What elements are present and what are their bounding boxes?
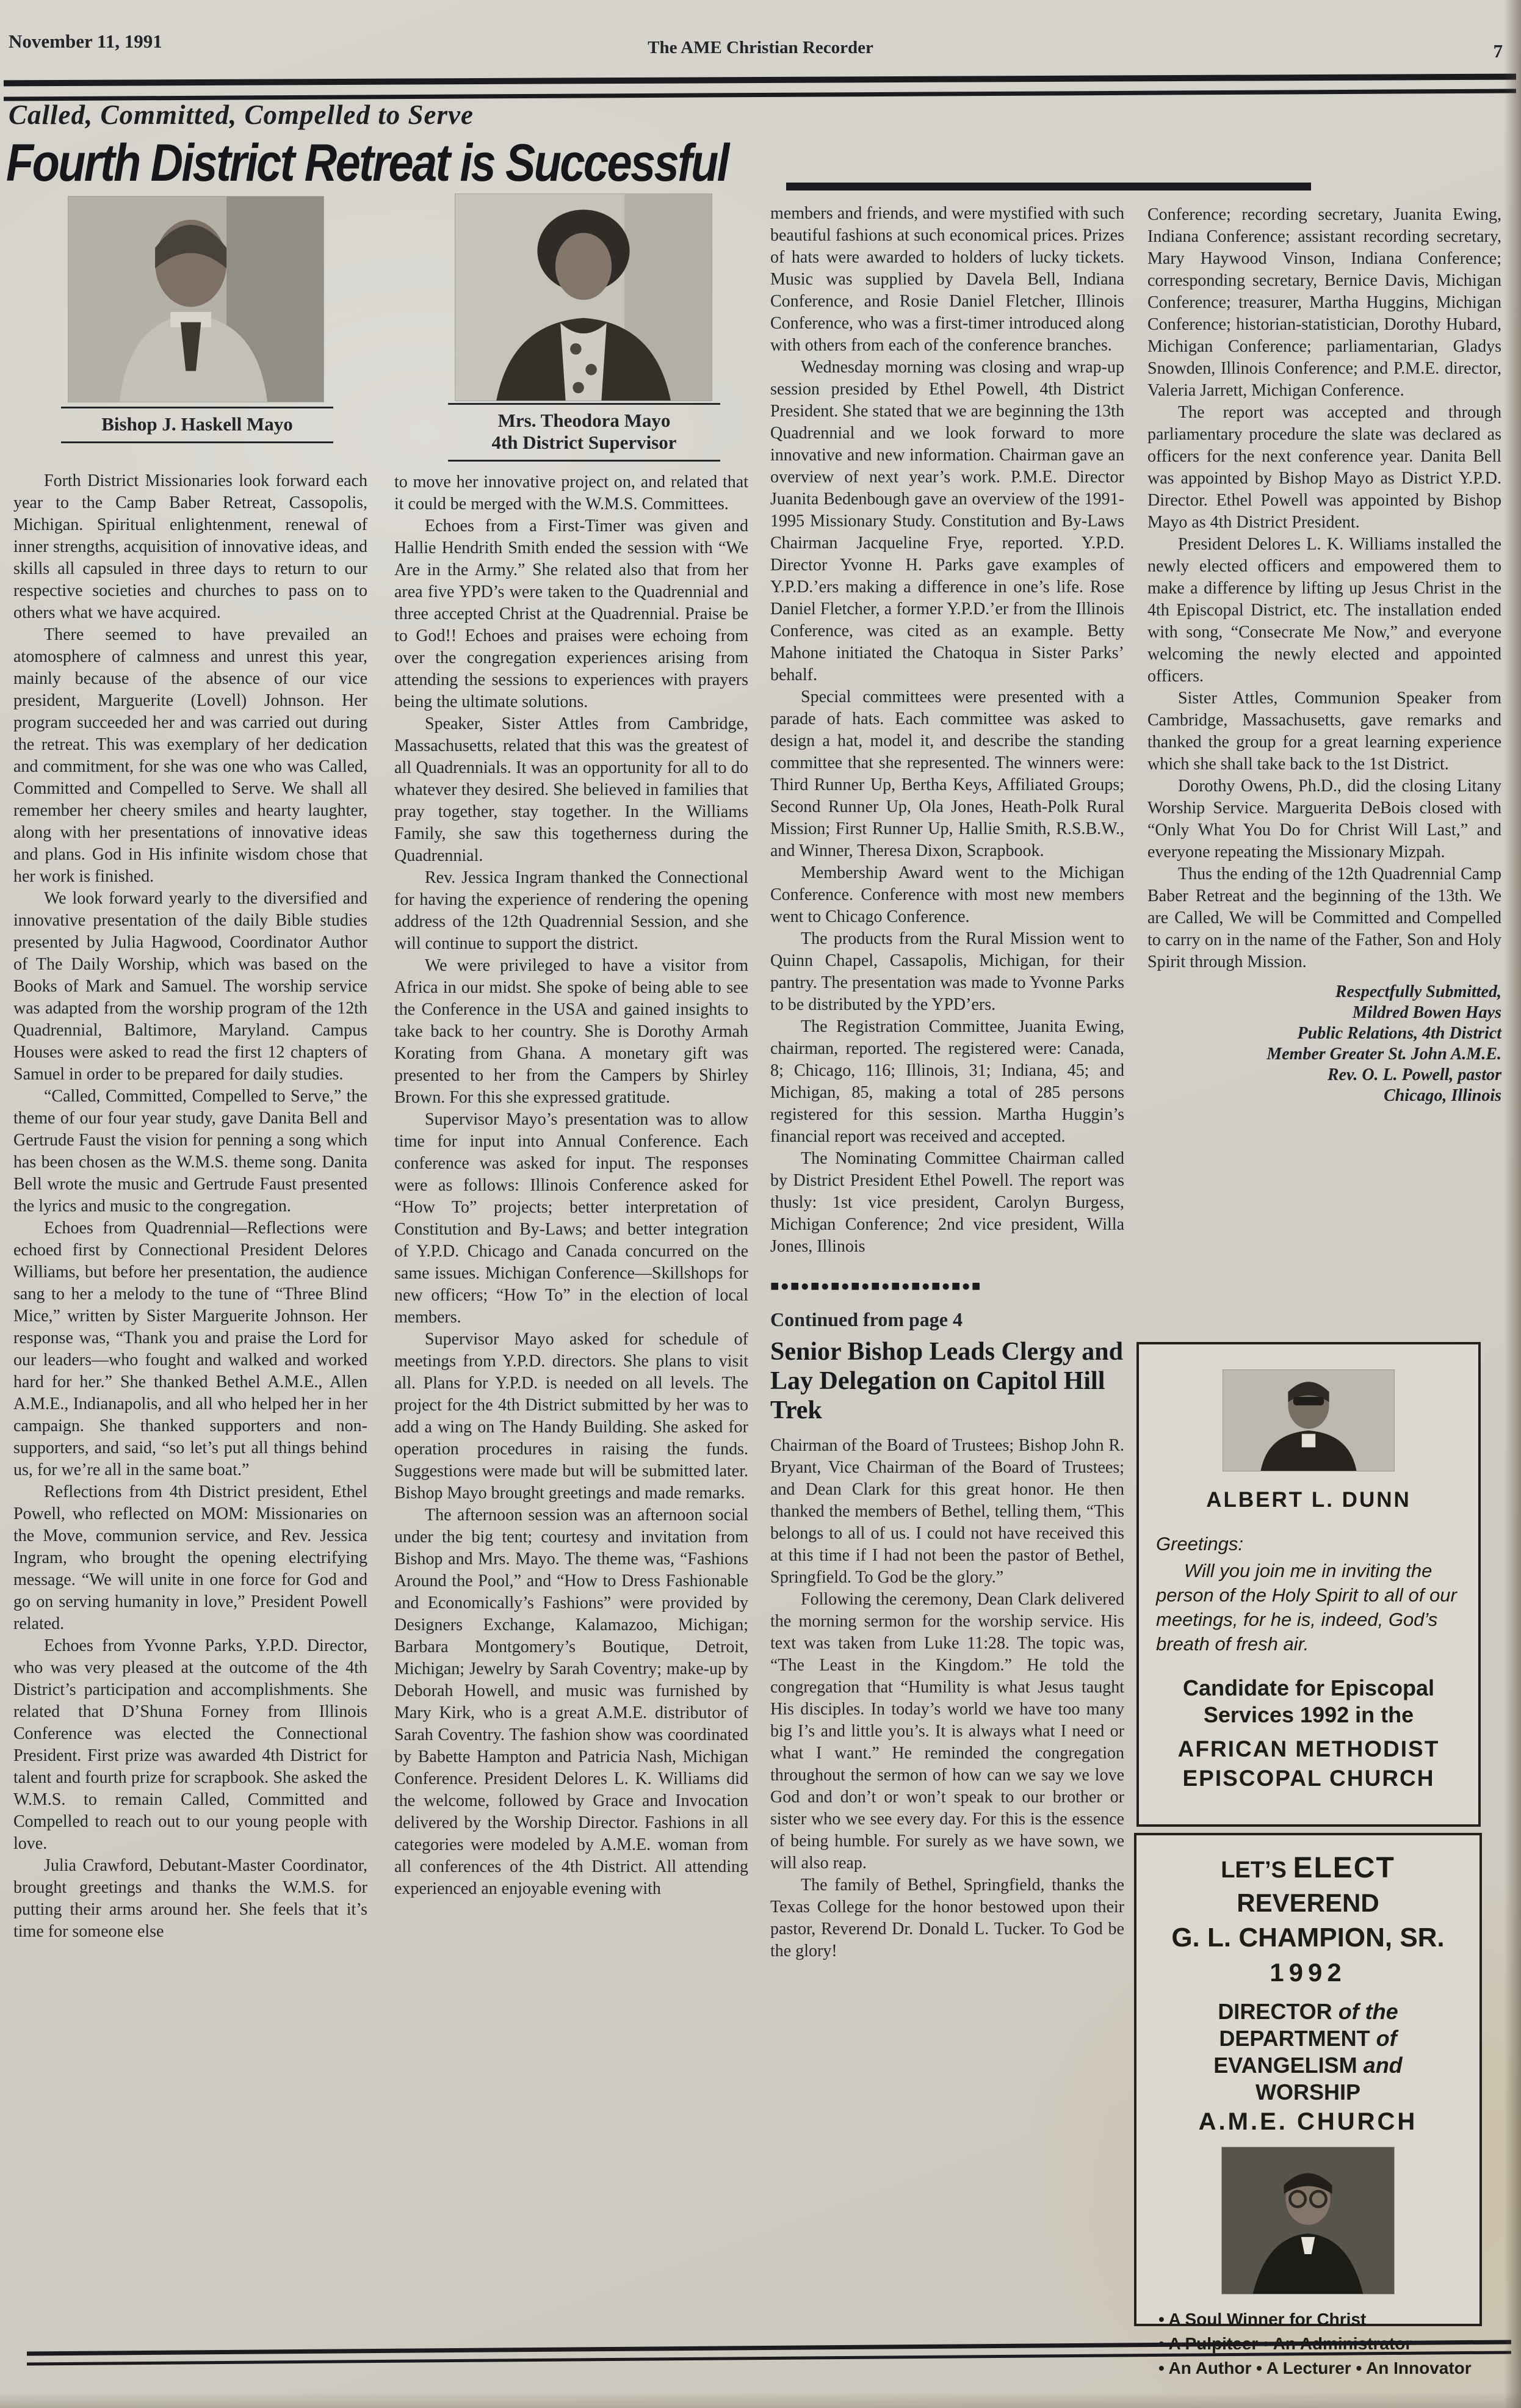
article-paragraph: We look forward yearly to the diversifie… — [13, 888, 367, 1086]
champion-credential-line: • An Author • A Lecturer • An Innovator — [1158, 2356, 1479, 2381]
publication-title: The AME Christian Recorder — [0, 38, 1521, 58]
article-paragraph: Julia Crawford, Debutant-Master Coordina… — [13, 1855, 367, 1943]
article-paragraph: “Called, Committed, Compelled to Serve,”… — [13, 1086, 367, 1217]
page-number: 7 — [1494, 40, 1503, 62]
caption-text-line1: Mrs. Theodora Mayo — [448, 410, 720, 432]
champion-of-the-label: of the — [1339, 1999, 1398, 2024]
caption-text-line2: 4th District Supervisor — [448, 432, 720, 454]
article-paragraph: Wednesday morning was closing and wrap-u… — [770, 357, 1124, 686]
champion-elect-label: ELECT — [1293, 1852, 1395, 1884]
article-paragraph: Echoes from Quadrennial—Reflections were… — [13, 1217, 367, 1481]
article-paragraph: The Nominating Committee Chairman called… — [770, 1148, 1124, 1258]
article-paragraph: President Delores L. K. Williams install… — [1147, 534, 1501, 687]
champion-worship-label: WORSHIP — [1255, 2080, 1360, 2105]
champion-lets-label: LET’S — [1221, 1857, 1287, 1883]
page-edge-shadow-bottom — [0, 2392, 1521, 2408]
article-paragraph: Dorothy Owens, Ph.D., did the closing Li… — [1147, 775, 1501, 863]
signature-line: Mildred Bowen Hays — [1147, 1003, 1501, 1023]
bishop-portrait-photo — [68, 197, 323, 402]
champion-department-label: DEPARTMENT — [1219, 2026, 1370, 2051]
article-paragraph: Supervisor Mayo’s presentation was to al… — [394, 1109, 748, 1329]
article-paragraph: Chairman of the Board of Trustees; Bisho… — [770, 1435, 1124, 1589]
article-column-4-main: Conference; recording secretary, Juanita… — [1147, 204, 1501, 973]
caption-text: Bishop J. Haskell Mayo — [101, 413, 293, 435]
article-paragraph: members and friends, and were mystified … — [770, 203, 1124, 357]
article-paragraph: Membership Award went to the Michigan Co… — [770, 862, 1124, 928]
champion-campaign-ad: LET’S ELECT REVEREND G. L. CHAMPION, SR.… — [1134, 1833, 1482, 2326]
article-paragraph: Echoes from Yvonne Parks, Y.P.D. Directo… — [13, 1635, 367, 1855]
article-paragraph: The products from the Rural Mission went… — [770, 928, 1124, 1016]
newspaper-page: November 11, 1991 The AME Christian Reco… — [0, 0, 1521, 2408]
dunn-portrait-photo — [1223, 1370, 1394, 1471]
dunn-portrait-illustration — [1223, 1370, 1394, 1471]
champion-church-label: A.M.E. CHURCH — [1136, 2108, 1479, 2135]
headline-underline — [786, 183, 1311, 190]
champion-reverend-label: REVEREND — [1136, 1888, 1479, 1918]
article-paragraph: The Registration Committee, Juanita Ewin… — [770, 1016, 1124, 1148]
champion-portrait-photo — [1222, 2147, 1394, 2294]
champion-evangelism-label: EVANGELISM — [1213, 2053, 1357, 2078]
article-column-4: Conference; recording secretary, Juanita… — [1147, 204, 1501, 1106]
dunn-candidate-line2: Services 1992 in the — [1139, 1702, 1478, 1728]
champion-candidate-name: G. L. CHAMPION, SR. — [1136, 1923, 1479, 1953]
article-paragraph: The report was accepted and through parl… — [1147, 402, 1501, 534]
champion-director-label: DIRECTOR — [1218, 1999, 1332, 2024]
section-divider-ornament: ■●■●■●■●■●■●■●■●■●■●■ — [770, 1278, 1124, 1295]
article-paragraph: Forth District Missionaries look forward… — [13, 470, 367, 624]
article-column-3: members and friends, and were mystified … — [770, 203, 1124, 1962]
champion-portrait-illustration — [1222, 2147, 1394, 2294]
supervisor-portrait-illustration — [455, 194, 712, 401]
article-paragraph: Reflections from 4th District president,… — [13, 1481, 367, 1635]
bishop-portrait-illustration — [68, 197, 323, 402]
header-rule-thick — [4, 74, 1516, 87]
article-paragraph: There seemed to have prevailed an atomos… — [13, 624, 367, 888]
article-paragraph: Special committees were presented with a… — [770, 686, 1124, 862]
article-column-2: to move her innovative project on, and r… — [394, 471, 748, 1900]
article-column-1: Forth District Missionaries look forward… — [13, 470, 367, 1943]
article-paragraph: We were privileged to have a visitor fro… — [394, 955, 748, 1109]
signature-line: Public Relations, 4th District — [1147, 1023, 1501, 1044]
dunn-message: Will you join me in inviting the person … — [1156, 1559, 1461, 1656]
article-paragraph: to move her innovative project on, and r… — [394, 471, 748, 515]
champion-of-label: of — [1376, 2026, 1397, 2051]
signature-line: Respectfully Submitted, — [1147, 982, 1501, 1003]
article-paragraph: Echoes from a First-Timer was given and … — [394, 515, 748, 713]
champion-and-label: and — [1364, 2053, 1403, 2078]
page-edge-shadow-right — [1504, 0, 1521, 2408]
article-paragraph: Speaker, Sister Attles from Cambridge, M… — [394, 713, 748, 867]
kicker: Called, Committed, Compelled to Serve — [9, 99, 474, 131]
dunn-church-line2: EPISCOPAL CHURCH — [1139, 1764, 1478, 1793]
article-paragraph: Thus the ending of the 12th Quadrennial … — [1147, 863, 1501, 973]
article-paragraph: Conference; recording secretary, Juanita… — [1147, 204, 1501, 402]
champion-year: 1992 — [1136, 1958, 1479, 1987]
dunn-candidate-name: ALBERT L. DUNN — [1139, 1488, 1478, 1512]
champion-credential-line: • A Soul Winner for Christ — [1158, 2307, 1479, 2332]
dunn-candidate-line1: Candidate for Episcopal — [1139, 1675, 1478, 1702]
article-paragraph: Supervisor Mayo asked for schedule of me… — [394, 1329, 748, 1504]
signature-block: Respectfully Submitted,Mildred Bowen Hay… — [1147, 982, 1501, 1106]
signature-line: Member Greater St. John A.M.E. — [1147, 1044, 1501, 1065]
secondary-headline: Senior Bishop Leads Clergy and Lay Deleg… — [770, 1337, 1124, 1425]
article-paragraph: Sister Attles, Communion Speaker from Ca… — [1147, 687, 1501, 775]
photo-caption-supervisor: Mrs. Theodora Mayo 4th District Supervis… — [448, 403, 720, 462]
dunn-church-line1: AFRICAN METHODIST — [1139, 1735, 1478, 1764]
continued-article-body: Chairman of the Board of Trustees; Bisho… — [770, 1435, 1124, 1962]
signature-line: Rev. O. L. Powell, pastor — [1147, 1065, 1501, 1086]
dunn-campaign-ad: ALBERT L. DUNN Greetings: Will you join … — [1136, 1342, 1481, 1827]
article-paragraph: The afternoon session was an afternoon s… — [394, 1504, 748, 1900]
article-paragraph: The family of Bethel, Springfield, thank… — [770, 1874, 1124, 1962]
continued-from-label: Continued from page 4 — [770, 1308, 1124, 1331]
supervisor-portrait-photo — [455, 194, 712, 401]
signature-line: Chicago, Illinois — [1147, 1086, 1501, 1106]
main-headline: Fourth District Retreat is Successful — [6, 133, 898, 194]
article-paragraph: Rev. Jessica Ingram thanked the Connecti… — [394, 867, 748, 955]
article-column-3-main: members and friends, and were mystified … — [770, 203, 1124, 1258]
article-paragraph: Following the ceremony, Dean Clark deliv… — [770, 1589, 1124, 1874]
photo-caption-bishop: Bishop J. Haskell Mayo — [61, 407, 333, 443]
dunn-greeting: Greetings: — [1156, 1533, 1461, 1555]
